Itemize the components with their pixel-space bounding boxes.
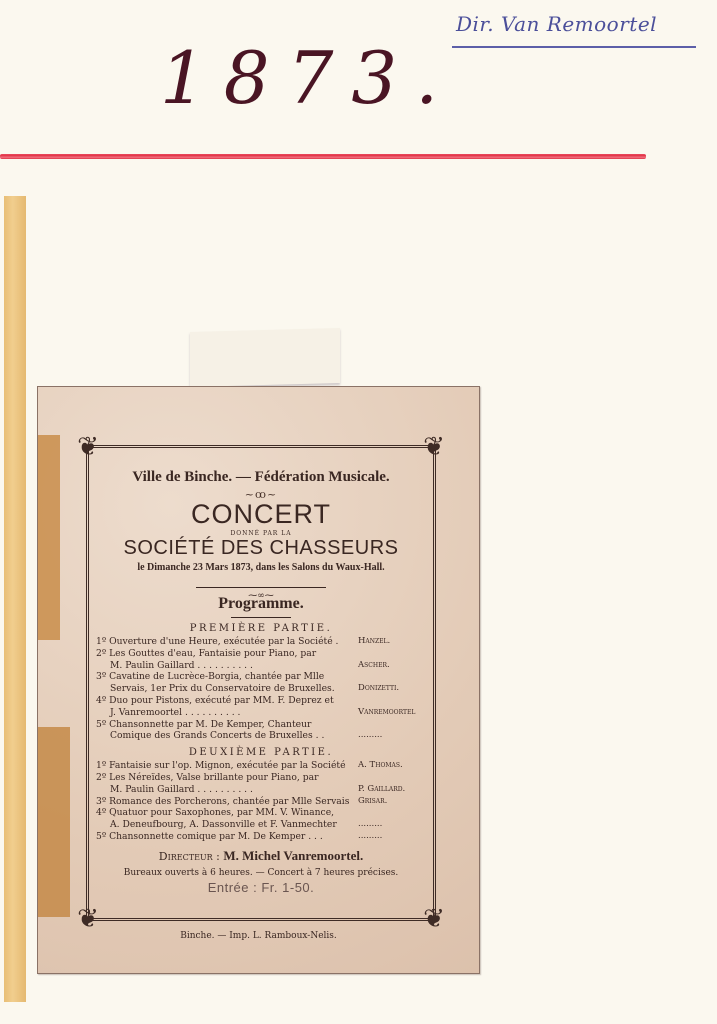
part1-items: 1º Ouverture d'une Heure, exécutée par l… bbox=[96, 636, 426, 742]
program-item: 2º Les Néreïdes, Valse brillante pour Pi… bbox=[96, 772, 426, 796]
composer: Ascher. bbox=[358, 660, 390, 672]
handwritten-annotation: Dir. Van Remoortel bbox=[452, 6, 696, 48]
date-line: le Dimanche 23 Mars 1873, dans les Salon… bbox=[96, 562, 426, 573]
divider-ornament-icon: ⁓∞⁓ bbox=[196, 583, 326, 591]
composer: P. Gaillard. bbox=[358, 784, 405, 796]
tape-strip-upper bbox=[38, 435, 60, 640]
card-header: Ville de Binche. — Fédération Musicale. bbox=[96, 469, 426, 486]
part2-items: 1º Fantaisie sur l'op. Mignon, exécutée … bbox=[96, 760, 426, 843]
tape-strip-long bbox=[4, 196, 26, 1002]
composer: Grisar. bbox=[358, 796, 387, 808]
entry-price: Entrée : Fr. 1-50. bbox=[96, 880, 426, 895]
director-line: Directeur : M. Michel Vanremoortel. bbox=[96, 848, 426, 864]
concert-program-card: ❦ ❦ ❦ ❦ Ville de Binche. — Fédération Mu… bbox=[37, 386, 480, 974]
given-by-label: DONNÉ PAR LA bbox=[96, 530, 426, 537]
program-item: 4º Quatuor pour Saxophones, par MM. V. W… bbox=[96, 807, 426, 831]
card-content: Ville de Binche. — Fédération Musicale. … bbox=[96, 467, 426, 895]
composer: ......... bbox=[358, 819, 382, 831]
handwritten-year: 1873. bbox=[160, 42, 456, 114]
society-name: SOCIÉTÉ DES CHASSEURS bbox=[96, 537, 426, 560]
card-title: CONCERT bbox=[96, 499, 426, 530]
director-name: M. Michel Vanremoortel. bbox=[223, 848, 363, 863]
tape-strip-top bbox=[190, 328, 340, 387]
corner-ornament-icon: ❦ bbox=[419, 904, 449, 934]
composer: ......... bbox=[358, 730, 382, 742]
program-item: 5º Chansonnette par M. De Kemper, Chante… bbox=[96, 719, 426, 743]
corner-ornament-icon: ❦ bbox=[419, 432, 449, 462]
composer: Hanzel. bbox=[358, 636, 390, 648]
hours-line: Bureaux ouverts à 6 heures. — Concert à … bbox=[96, 868, 426, 878]
program-item: 1º Fantaisie sur l'op. Mignon, exécutée … bbox=[96, 760, 426, 772]
part1-title: PREMIÈRE PARTIE. bbox=[96, 623, 426, 634]
corner-ornament-icon: ❦ bbox=[73, 904, 103, 934]
composer: Vanremoortel bbox=[358, 707, 415, 719]
tape-strip-lower bbox=[38, 727, 70, 917]
program-item: 3º Romance des Porcherons, chantée par M… bbox=[96, 796, 426, 808]
annotation-text: Dir. Van Remoortel bbox=[456, 12, 657, 36]
programme-rule bbox=[231, 617, 291, 618]
program-item: 2º Les Gouttes d'eau, Fantaisie pour Pia… bbox=[96, 648, 426, 672]
program-item: 1º Ouverture d'une Heure, exécutée par l… bbox=[96, 636, 426, 648]
director-label: Directeur : bbox=[159, 850, 220, 863]
part2-title: DEUXIÈME PARTIE. bbox=[96, 747, 426, 758]
program-item: 3º Cavatine de Lucrèce-Borgia, chantée p… bbox=[96, 671, 426, 695]
printer-imprint: Binche. — Imp. L. Ramboux-Nelis. bbox=[38, 931, 479, 941]
corner-ornament-icon: ❦ bbox=[73, 432, 103, 462]
annotation-underline bbox=[452, 46, 696, 48]
program-item: 4º Duo pour Pistons, exécuté par MM. F. … bbox=[96, 695, 426, 719]
red-rule-divider bbox=[0, 154, 646, 159]
composer: Donizetti. bbox=[358, 683, 399, 695]
composer: ......... bbox=[358, 831, 382, 843]
program-item: 5º Chansonnette comique par M. De Kemper… bbox=[96, 831, 426, 843]
composer: A. Thomas. bbox=[358, 760, 403, 772]
